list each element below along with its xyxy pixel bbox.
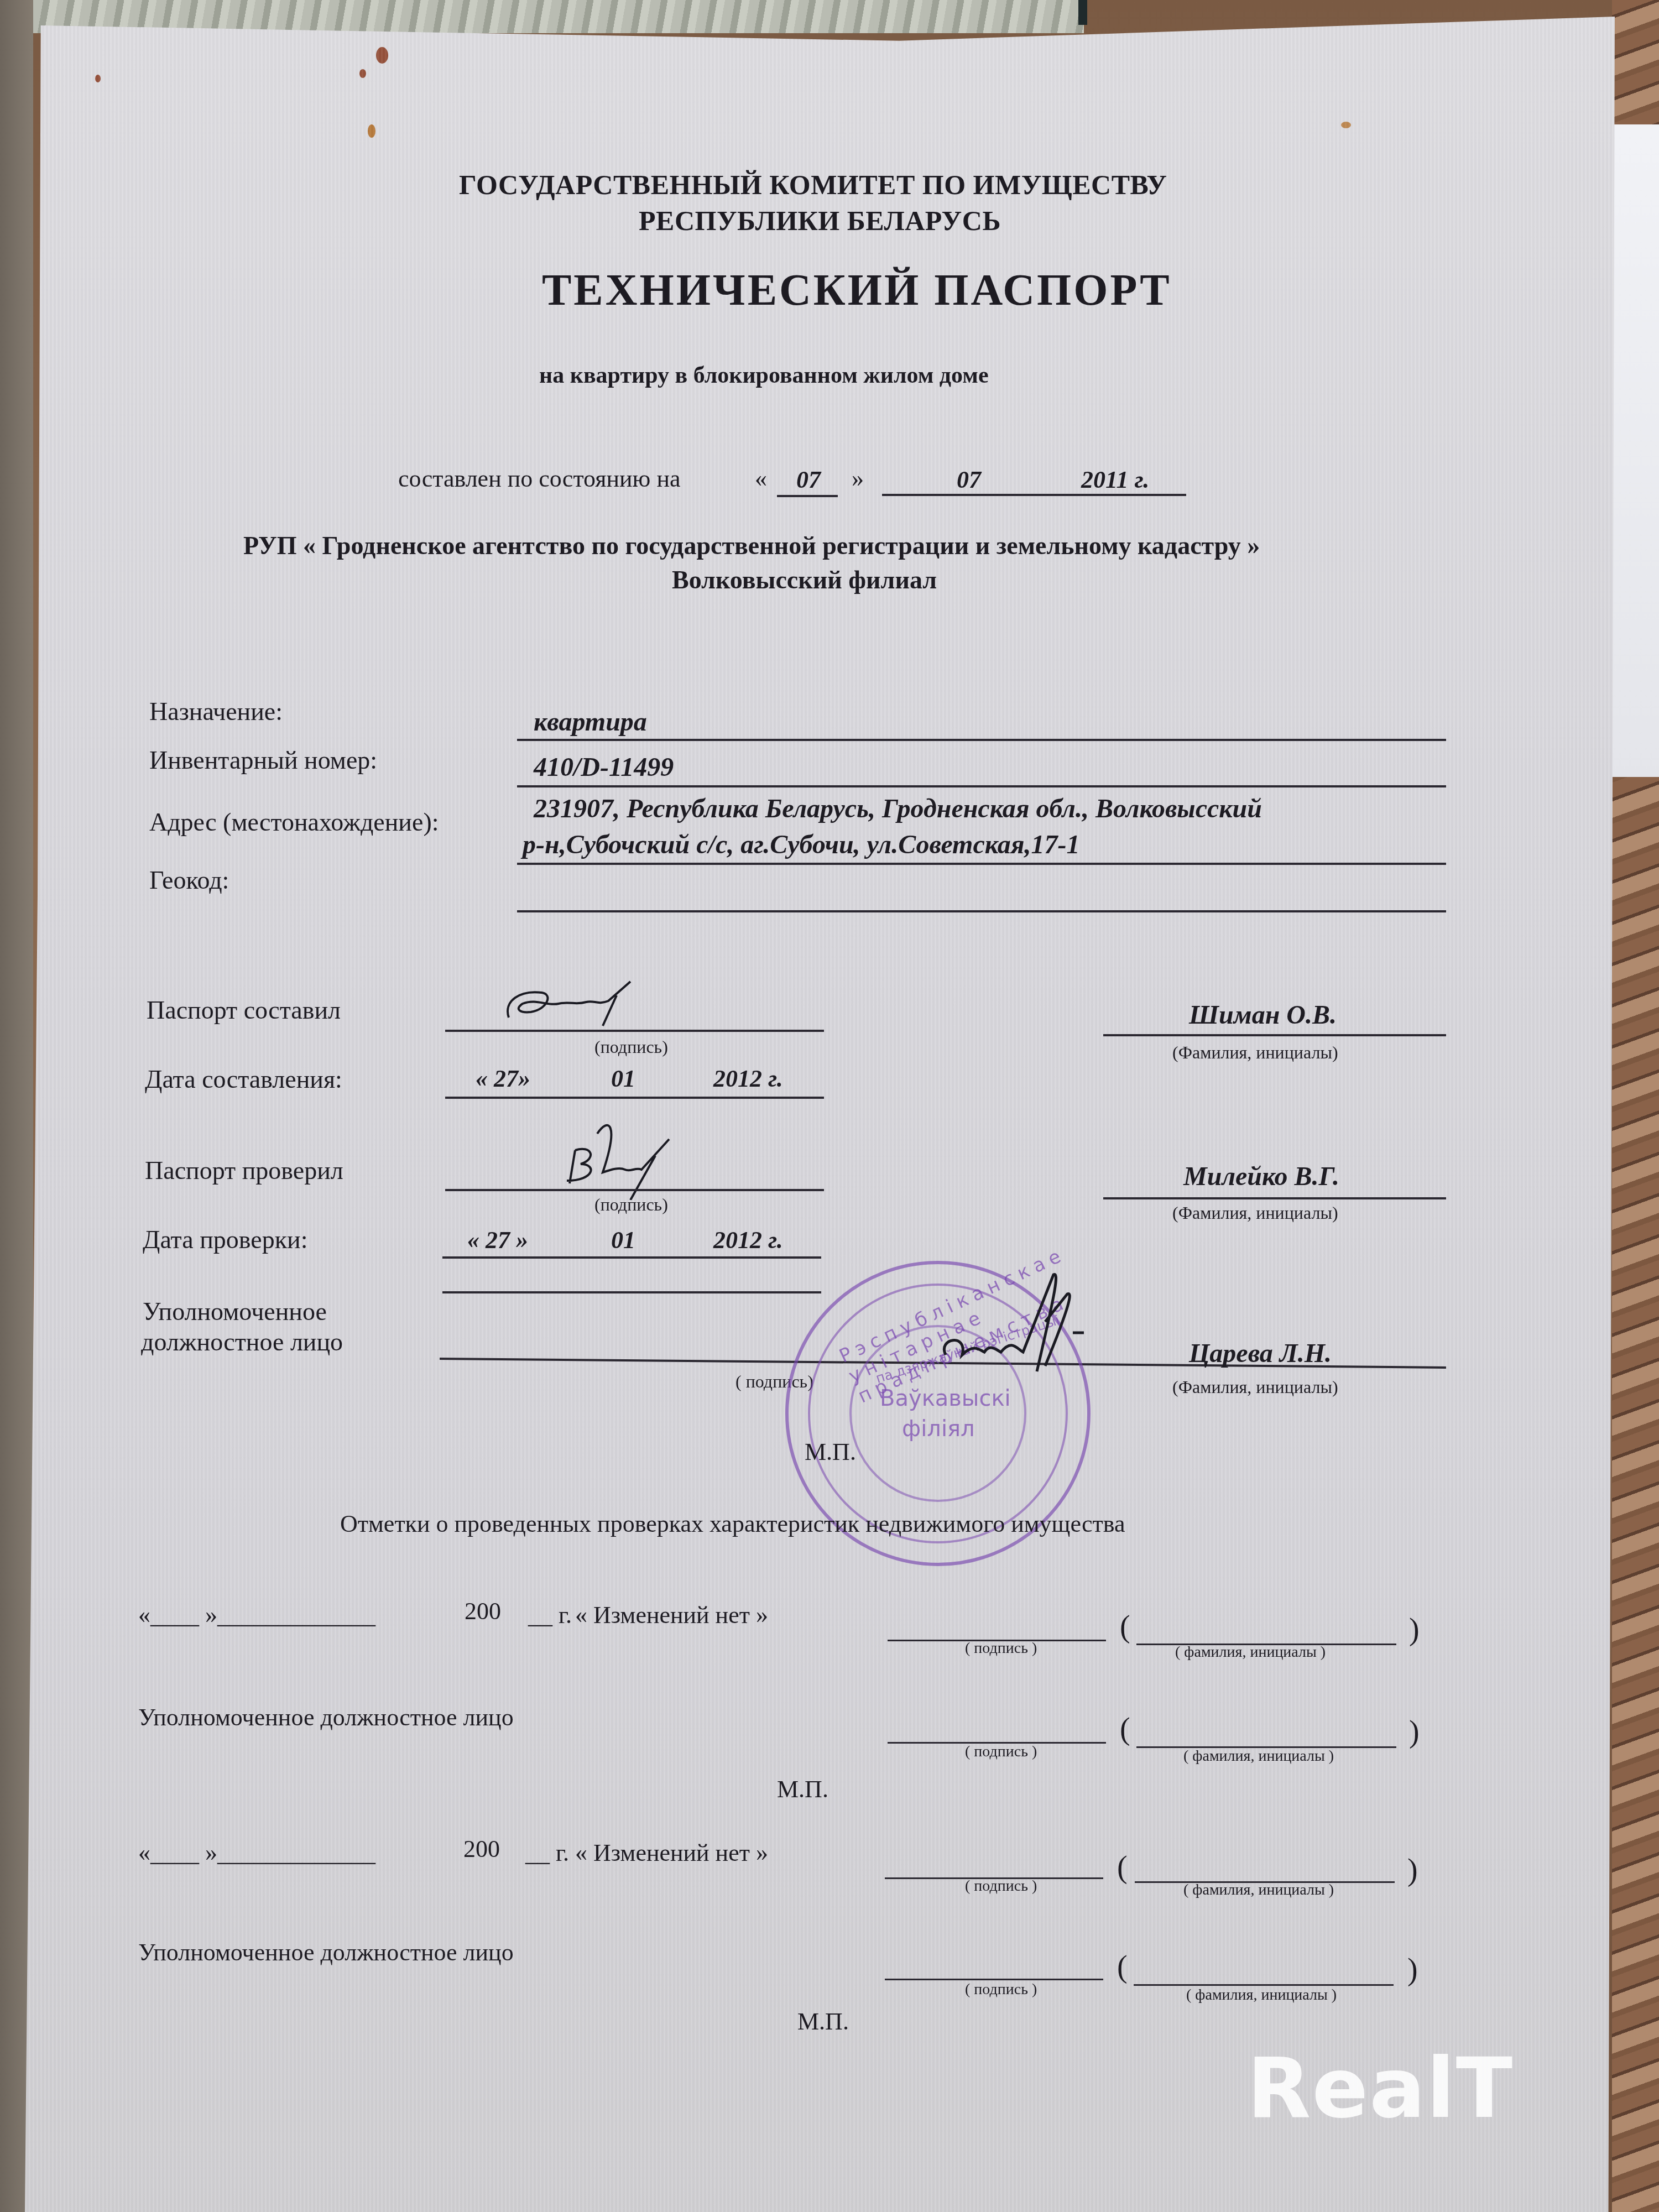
rust-stain — [368, 124, 375, 138]
check-status: « Изменений нет » — [575, 1839, 768, 1867]
address-label: Адрес (местонахождение): — [149, 807, 439, 837]
check-official-label: Уполномоченное должностное лицо — [138, 1703, 514, 1731]
state-date-month: 07 — [957, 466, 981, 494]
compiler-signature-line — [445, 1030, 824, 1032]
compiled-date-month: 01 — [611, 1065, 635, 1093]
check-name-open-paren: ( — [1117, 1850, 1128, 1885]
authorized-signature — [935, 1272, 1089, 1383]
inventory-number-label: Инвентарный номер: — [149, 745, 377, 775]
check-year-suffix: __ г. — [528, 1601, 572, 1629]
check-signature-caption: ( подпись ) — [965, 1640, 1037, 1657]
check-year-prefix: 200 — [463, 1835, 500, 1863]
check-official-name-caption: ( фамилия, инициалы ) — [1183, 1747, 1334, 1765]
geocode-underline — [517, 910, 1446, 912]
check-date-blank: «____ »_____________ — [138, 1601, 375, 1629]
check-year-suffix: __ г. — [525, 1839, 569, 1867]
check-signature-caption: ( подпись ) — [965, 1877, 1037, 1895]
address-value-line-2: р-н,Субочский с/с, аг.Субочи, ул.Советск… — [523, 830, 1080, 860]
checker-signature — [559, 1117, 702, 1200]
checker-signature-caption: (подпись) — [594, 1194, 668, 1215]
background-white-object — [1612, 124, 1659, 777]
address-value-line-1: 231907, Республика Беларусь, Гродненская… — [534, 794, 1262, 824]
compiled-date-year: 2012 г. — [713, 1065, 783, 1093]
compiler-name: Шиман О.В. — [1189, 1000, 1337, 1030]
authority-line-2: РЕСПУБЛИКИ БЕЛАРУСЬ — [639, 205, 1001, 237]
background-frame — [1078, 0, 1087, 25]
compiled-label: Паспорт составил — [147, 995, 341, 1025]
check-date-blank: «____ »_____________ — [138, 1839, 375, 1867]
check-seal-mark: М.П. — [797, 2007, 849, 2036]
rust-stain — [95, 75, 101, 82]
check-official-open-paren: ( — [1117, 1949, 1128, 1985]
check-official-name-line — [1134, 1984, 1394, 1986]
check-name-close-paren: ) — [1407, 1853, 1418, 1888]
check-official-close-paren: ) — [1409, 1714, 1420, 1750]
checked-date-label: Дата проверки: — [143, 1225, 307, 1254]
compiler-name-caption: (Фамилия, инициалы) — [1172, 1042, 1338, 1063]
geocode-label: Геокод: — [149, 865, 229, 895]
realt-watermark-logo: RealT — [1247, 2041, 1514, 2137]
check-status: « Изменений нет » — [575, 1601, 768, 1629]
authorized-seal-mark: М.П. — [805, 1438, 856, 1466]
compiler-signature-caption: (подпись) — [594, 1037, 668, 1057]
rust-stain — [376, 47, 388, 64]
authorized-label-line-2: должностное лицо — [141, 1327, 343, 1357]
state-date-prefix: составлен по состоянию на — [398, 465, 680, 493]
checks-heading: Отметки о проведенных проверках характер… — [340, 1510, 1125, 1538]
check-official-close-paren: ) — [1407, 1952, 1418, 1987]
document-title: ТЕХНИЧЕСКИЙ ПАСПОРТ — [542, 265, 1172, 316]
check-official-label: Уполномоченное должностное лицо — [138, 1938, 514, 1966]
state-date-day: 07 — [796, 466, 821, 494]
organization-branch: Волковысский филиал — [672, 565, 937, 594]
check-official-name-caption: ( фамилия, инициалы ) — [1186, 1986, 1337, 2004]
rust-stain — [359, 69, 366, 78]
checked-date-day: « 27 » — [467, 1226, 528, 1254]
authorized-name: Царева Л.Н. — [1189, 1338, 1332, 1369]
checked-date-underline — [442, 1256, 821, 1259]
check-name-caption: ( фамилия, инициалы ) — [1175, 1644, 1326, 1661]
compiled-date-label: Дата составления: — [145, 1065, 342, 1094]
check-official-signature-caption: ( подпись ) — [965, 1743, 1037, 1761]
purpose-label: Назначение: — [149, 697, 283, 726]
open-quote: « — [755, 465, 767, 493]
month-year-underline — [882, 494, 1186, 496]
day-underline — [777, 495, 838, 497]
checker-signature-line — [445, 1189, 824, 1191]
checked-label: Паспорт проверил — [145, 1156, 343, 1185]
checked-date-month: 01 — [611, 1226, 635, 1254]
check-official-signature-caption: ( подпись ) — [965, 1981, 1037, 1999]
address-underline — [517, 863, 1446, 865]
state-date-year: 2011 г. — [1081, 466, 1149, 494]
compiled-date-underline — [445, 1097, 824, 1099]
check-official-signature-line — [885, 1979, 1103, 1980]
check-name-close-paren: ) — [1409, 1612, 1420, 1647]
inventory-number-underline — [517, 785, 1446, 787]
stamp-center-line-1: Ваўкавыскі — [880, 1386, 1011, 1411]
checker-name: Милейко В.Г. — [1183, 1161, 1339, 1192]
inventory-number-value: 410/D-11499 — [534, 752, 674, 782]
authority-line-1: ГОСУДАРСТВЕННЫЙ КОМИТЕТ ПО ИМУЩЕСТВУ — [459, 169, 1167, 201]
check-official-open-paren: ( — [1120, 1712, 1130, 1747]
purpose-underline — [517, 739, 1446, 741]
checker-name-caption: (Фамилия, инициалы) — [1172, 1203, 1338, 1223]
purpose-value: квартира — [534, 707, 647, 737]
document-subtitle: на квартиру в блокированном жилом доме — [539, 362, 989, 389]
check-name-caption: ( фамилия, инициалы ) — [1183, 1881, 1334, 1899]
checked-date-year: 2012 г. — [713, 1226, 783, 1254]
compiler-name-line — [1103, 1034, 1446, 1036]
check-seal-mark: М.П. — [777, 1775, 828, 1803]
authorized-name-caption: (Фамилия, инициалы) — [1172, 1377, 1338, 1397]
check-name-open-paren: ( — [1120, 1609, 1130, 1645]
organization-name: РУП « Гродненское агентство по государст… — [243, 531, 1260, 560]
close-quote: » — [852, 465, 864, 493]
authorized-top-line — [442, 1291, 821, 1293]
compiled-date-day: « 27» — [476, 1065, 530, 1093]
compiler-signature — [498, 979, 664, 1029]
stamp-center-line-2: філіял — [902, 1416, 975, 1442]
rust-stain — [1341, 122, 1351, 128]
check-year-prefix: 200 — [465, 1597, 501, 1625]
checker-name-line — [1103, 1197, 1446, 1199]
authorized-label-line-1: Уполномоченное — [143, 1297, 327, 1326]
